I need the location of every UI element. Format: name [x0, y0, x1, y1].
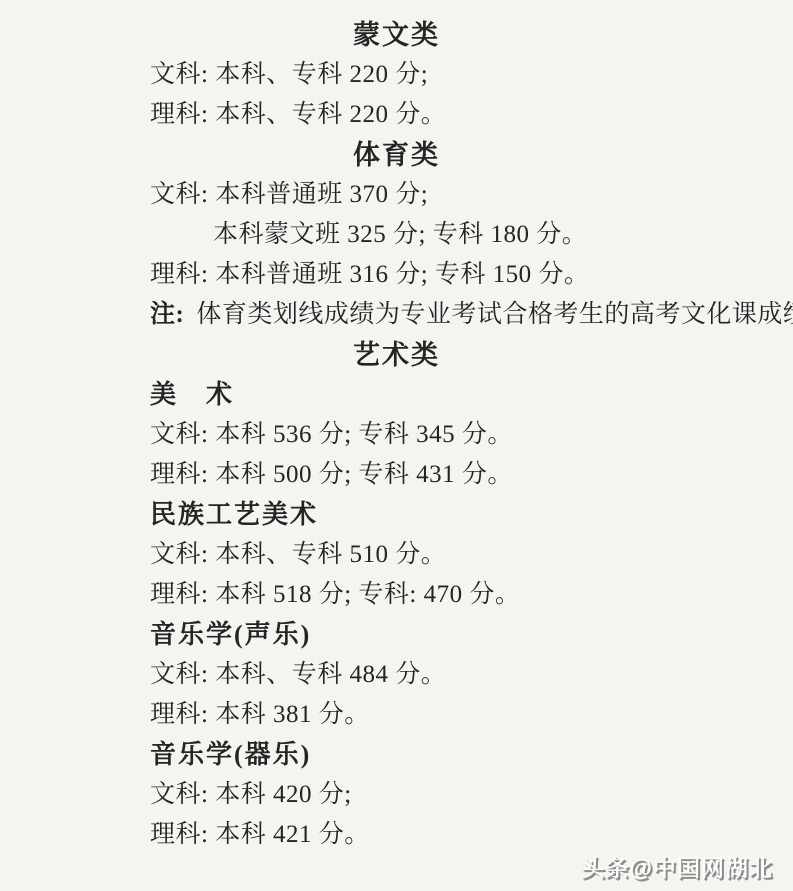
note-text: 体育类划线成绩为专业考试合格考生的高考文化课成绩。 — [196, 301, 793, 328]
score-line-sports-science: 理科: 本科普通班 316 分; 专科 150 分。 — [150, 255, 733, 295]
note-line: 注:体育类划线成绩为专业考试合格考生的高考文化课成绩。 — [150, 295, 733, 335]
score-line-mongolian-liberal-arts: 文科: 本科、专科 220 分; — [150, 55, 733, 95]
score-line-mongolian-science: 理科: 本科、专科 220 分。 — [150, 95, 733, 135]
score-line-music-vocal-science: 理科: 本科 381 分。 — [150, 695, 733, 735]
score-line-music-instrumental-science: 理科: 本科 421 分。 — [150, 815, 733, 855]
score-line-sports-liberal-arts: 文科: 本科普通班 370 分; — [150, 175, 733, 215]
subcategory-title-music-vocal: 音乐学(声乐) — [150, 615, 793, 655]
news-watermark: 头条@中国网湖北 — [582, 850, 773, 883]
category-heading-mongolian: 蒙文类 — [0, 15, 793, 55]
score-line-music-instrumental-liberal-arts: 文科: 本科 420 分; — [150, 775, 733, 815]
score-line-music-vocal-liberal-arts: 文科: 本科、专科 484 分。 — [150, 655, 733, 695]
subcategory-title-ethnic-crafts: 民族工艺美术 — [150, 495, 793, 535]
subcategory-title-fine-arts: 美 术 — [150, 375, 793, 415]
score-line-fine-arts-science: 理科: 本科 500 分; 专科 431 分。 — [150, 455, 733, 495]
score-document: 蒙文类 文科: 本科、专科 220 分; 理科: 本科、专科 220 分。 体育… — [0, 0, 793, 855]
category-heading-sports: 体育类 — [0, 135, 793, 175]
note-label: 注: — [150, 301, 184, 328]
score-line-sports-liberal-arts-continued: 本科蒙文班 325 分; 专科 180 分。 — [150, 215, 733, 255]
category-heading-arts: 艺术类 — [0, 335, 793, 375]
score-line-fine-arts-liberal-arts: 文科: 本科 536 分; 专科 345 分。 — [150, 415, 733, 455]
score-line-ethnic-crafts-liberal-arts: 文科: 本科、专科 510 分。 — [150, 535, 733, 575]
score-line-ethnic-crafts-science: 理科: 本科 518 分; 专科: 470 分。 — [150, 575, 733, 615]
subcategory-title-music-instrumental: 音乐学(器乐) — [150, 735, 793, 775]
